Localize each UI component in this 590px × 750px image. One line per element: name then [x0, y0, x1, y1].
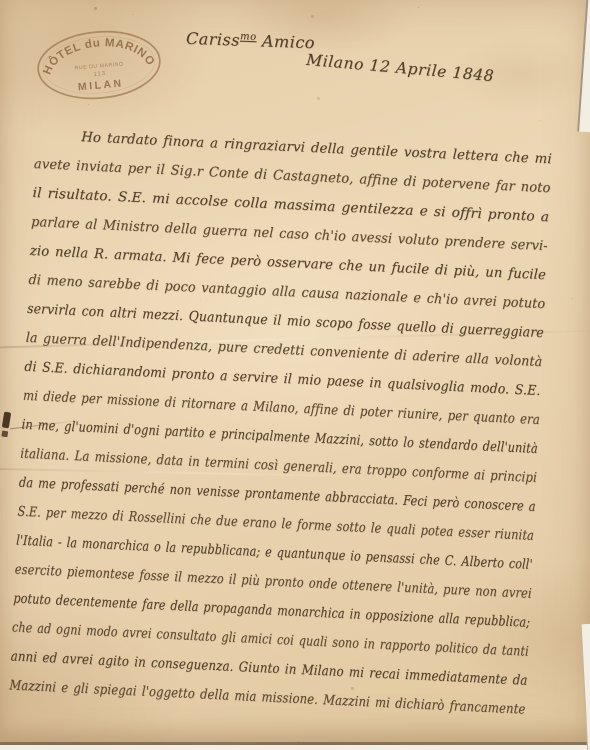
stamp-number: 113	[93, 71, 106, 78]
salutation-superscript: mo	[240, 31, 257, 43]
salutation: Carissmo Amico	[186, 29, 316, 52]
stamp-city: MILAN	[77, 77, 124, 93]
paper-speckles	[0, 0, 1, 1]
salutation-main: Cariss	[186, 29, 241, 50]
letter-body: Ho tardato finora a ringraziarvi della g…	[9, 121, 553, 725]
hotel-stamp-icon: HÔTEL du MARINO RUE DU MARINO 113 MILAN	[31, 20, 167, 109]
stamp-title: HÔTEL du MARINO	[39, 33, 157, 78]
hotel-stamp-oval: HÔTEL du MARINO RUE DU MARINO 113 MILAN	[31, 20, 167, 109]
salutation-rest: Amico	[256, 31, 315, 52]
letter-sheet: HÔTEL du MARINO RUE DU MARINO 113 MILAN …	[0, 0, 590, 745]
stamp-street: RUE DU MARINO	[74, 61, 123, 71]
svg-text:HÔTEL du MARINO: HÔTEL du MARINO	[39, 33, 157, 78]
ink-mark	[2, 412, 11, 429]
dateline: Milano 12 Aprile 1848	[306, 51, 495, 85]
